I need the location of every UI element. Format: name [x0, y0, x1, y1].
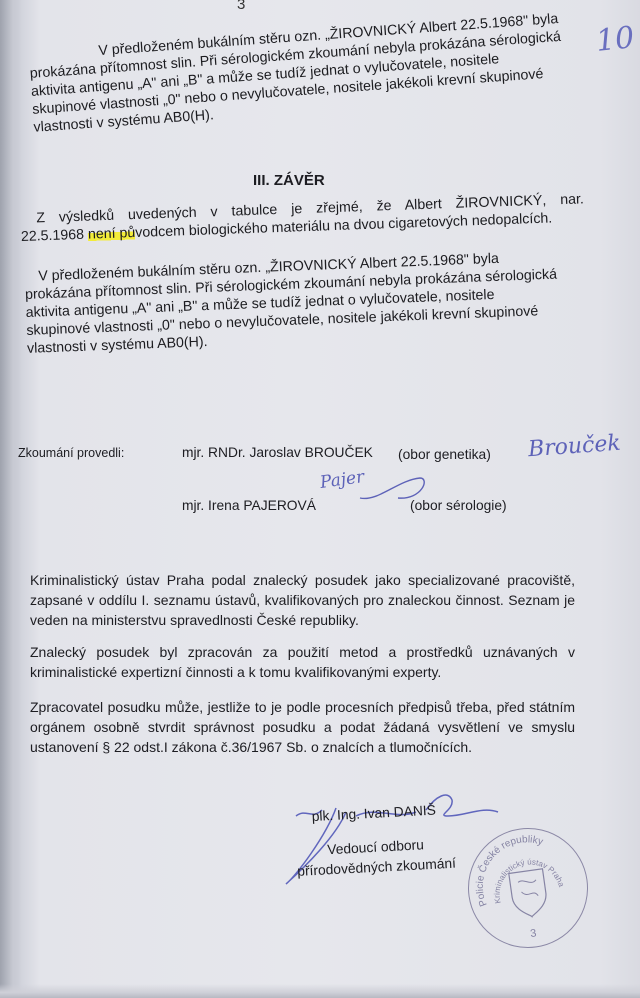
examiner-field: (obor genetika) — [398, 447, 491, 462]
buccal-swab-paragraph: V předloženém bukálním stěru ozn. „ŽIROV… — [24, 248, 559, 358]
stamp-emblem-icon: Policie České republiky Kriminalistický … — [461, 821, 594, 954]
handwritten-margin-note: 10 — [594, 20, 636, 59]
testimony-paragraph: Zpracovatel posudku může, jestliže to je… — [30, 697, 575, 757]
methods-paragraph: Znalecký posudek byl zpracován za použit… — [30, 642, 575, 682]
examiner-name: mjr. Irena PAJEROVÁ — [182, 498, 316, 513]
text-fragment: 22.5.1968 — [21, 227, 89, 245]
examiner-name: mjr. RNDr. Jaroslav BROUČEK — [182, 445, 373, 460]
paragraph-text: Znalecký posudek byl zpracován za použit… — [30, 642, 575, 682]
conclusion-heading: III. ZÁVĚR — [253, 172, 325, 189]
stamp-number: 3 — [530, 927, 538, 940]
signature-broucek: Brouček — [527, 431, 621, 462]
stamp-inner-text: Kriminalistický ústav Praha — [488, 853, 568, 905]
page-binding-shadow — [0, 0, 22, 998]
signature-flourish — [358, 472, 428, 506]
examiners-label: Zkoumání provedli: — [18, 446, 124, 460]
institute-paragraph: Kriminalistický ústav Praha podal znalec… — [30, 570, 575, 630]
conclusion-paragraph: Z výsledků uvedených v tabulce je zřejmé… — [20, 190, 585, 246]
page-bottom-shadow — [0, 984, 640, 998]
official-stamp: Policie České republiky Kriminalistický … — [460, 820, 596, 956]
highlighted-text: není pů — [88, 225, 136, 243]
buccal-swab-paragraph-top: V předloženém bukálním stěru ozn. „ŽIROV… — [28, 10, 565, 137]
svg-text:Kriminalistický ústav Praha: Kriminalistický ústav Praha — [488, 853, 568, 905]
paragraph-text: Zpracovatel posudku může, jestliže to je… — [30, 697, 575, 757]
page-number: 3 — [237, 0, 245, 13]
director-block: plk. Ing. Ivan DANIŠ Vedoucí odboru přír… — [294, 800, 456, 882]
paragraph-text: Kriminalistický ústav Praha podal znalec… — [30, 570, 575, 630]
